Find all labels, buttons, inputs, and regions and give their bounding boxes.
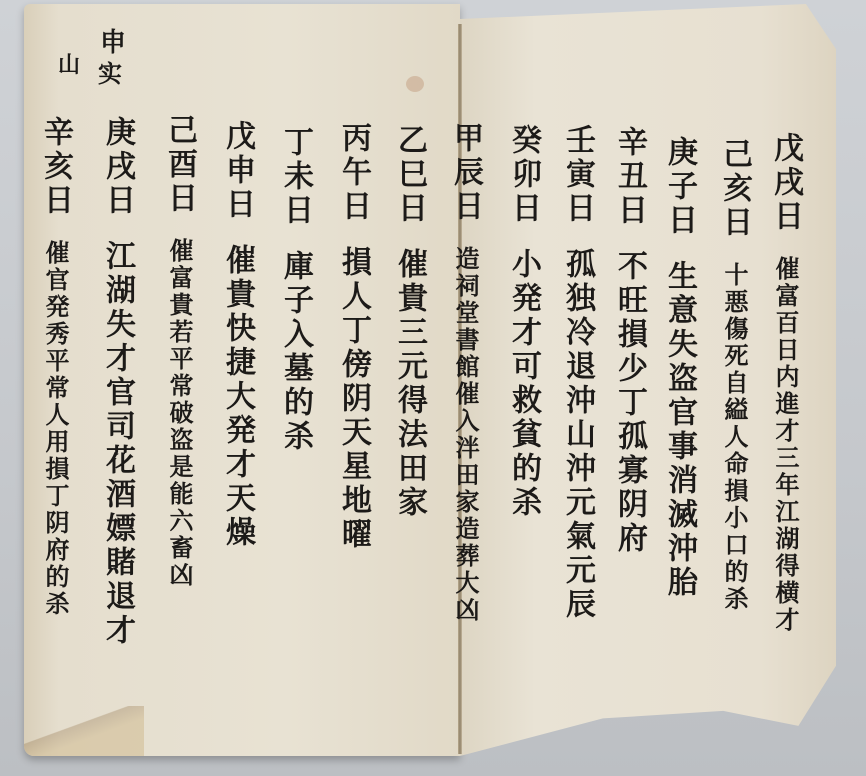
text-column: 庚戌日江湖失才官司花酒嫖賭退才 [102,116,132,648]
text-column: 甲辰日造祠堂書館催入泮田家造葬大凶 [450,122,480,624]
text-column: 癸卯日小発才可救貧的杀 [508,124,538,520]
day-description: 庫子入墓的杀 [280,250,310,454]
day-description: 催貴三元得法田家 [394,248,424,520]
day-description: 造祠堂書館催入泮田家造葬大凶 [453,246,477,624]
paper-stain [406,76,424,92]
text-column: 丁未日庫子入墓的杀 [280,126,310,454]
manuscript-book [24,4,836,756]
corner-label-bottom: 实 [98,54,122,89]
text-column: 壬寅日孤独冷退沖山沖元氣元辰 [562,124,592,622]
day-label: 己亥日 [719,138,749,240]
day-label: 甲辰日 [450,122,480,224]
day-label: 庚戌日 [102,116,132,218]
text-column: 庚子日生意失盗官事消滅沖胎 [664,136,694,600]
text-column: 辛丑日不旺損少丁孤寡阴府 [614,126,644,556]
day-description: 小発才可救貧的杀 [508,248,538,520]
day-label: 癸卯日 [508,124,538,226]
day-label: 戊戌日 [770,132,800,234]
day-description: 催官発秀平常人用損丁阴府的杀 [43,240,67,618]
text-column: 丙午日損人丁傍阴天星地曜 [338,122,368,552]
text-column: 辛亥日催官発秀平常人用損丁阴府的杀 [40,116,70,618]
day-description: 生意失盗官事消滅沖胎 [664,260,694,600]
text-column: 戊戌日催富百日内進才三年江湖得横才 [770,132,800,634]
corner-label: 山 申 实 [40,18,130,98]
day-label: 辛亥日 [40,116,70,218]
day-description: 孤独冷退沖山沖元氣元辰 [562,248,592,622]
day-description: 不旺損少丁孤寡阴府 [614,250,644,556]
day-label: 乙巳日 [394,124,424,226]
day-label: 己酉日 [164,114,194,216]
day-label: 壬寅日 [562,124,592,226]
corner-fold [24,706,144,756]
day-description: 江湖失才官司花酒嫖賭退才 [102,240,132,648]
day-label: 丙午日 [338,122,368,224]
corner-label-left: 山 [58,48,80,79]
day-label: 丁未日 [280,126,310,228]
day-description: 損人丁傍阴天星地曜 [338,246,368,552]
text-column: 戊申日催貴快捷大発才天燥 [222,120,252,550]
text-column: 己亥日十悪傷死自縊人命損小口的杀 [719,138,749,613]
text-column: 己酉日催富貴若平常破盗是能六畜凶 [164,114,194,589]
day-label: 戊申日 [222,120,252,222]
day-description: 催富百日内進才三年江湖得横才 [773,256,797,634]
day-label: 辛丑日 [614,126,644,228]
day-label: 庚子日 [664,136,694,238]
day-description: 十悪傷死自縊人命損小口的杀 [722,262,746,613]
day-description: 催富貴若平常破盗是能六畜凶 [167,238,191,589]
day-description: 催貴快捷大発才天燥 [222,244,252,550]
text-column: 乙巳日催貴三元得法田家 [394,124,424,520]
